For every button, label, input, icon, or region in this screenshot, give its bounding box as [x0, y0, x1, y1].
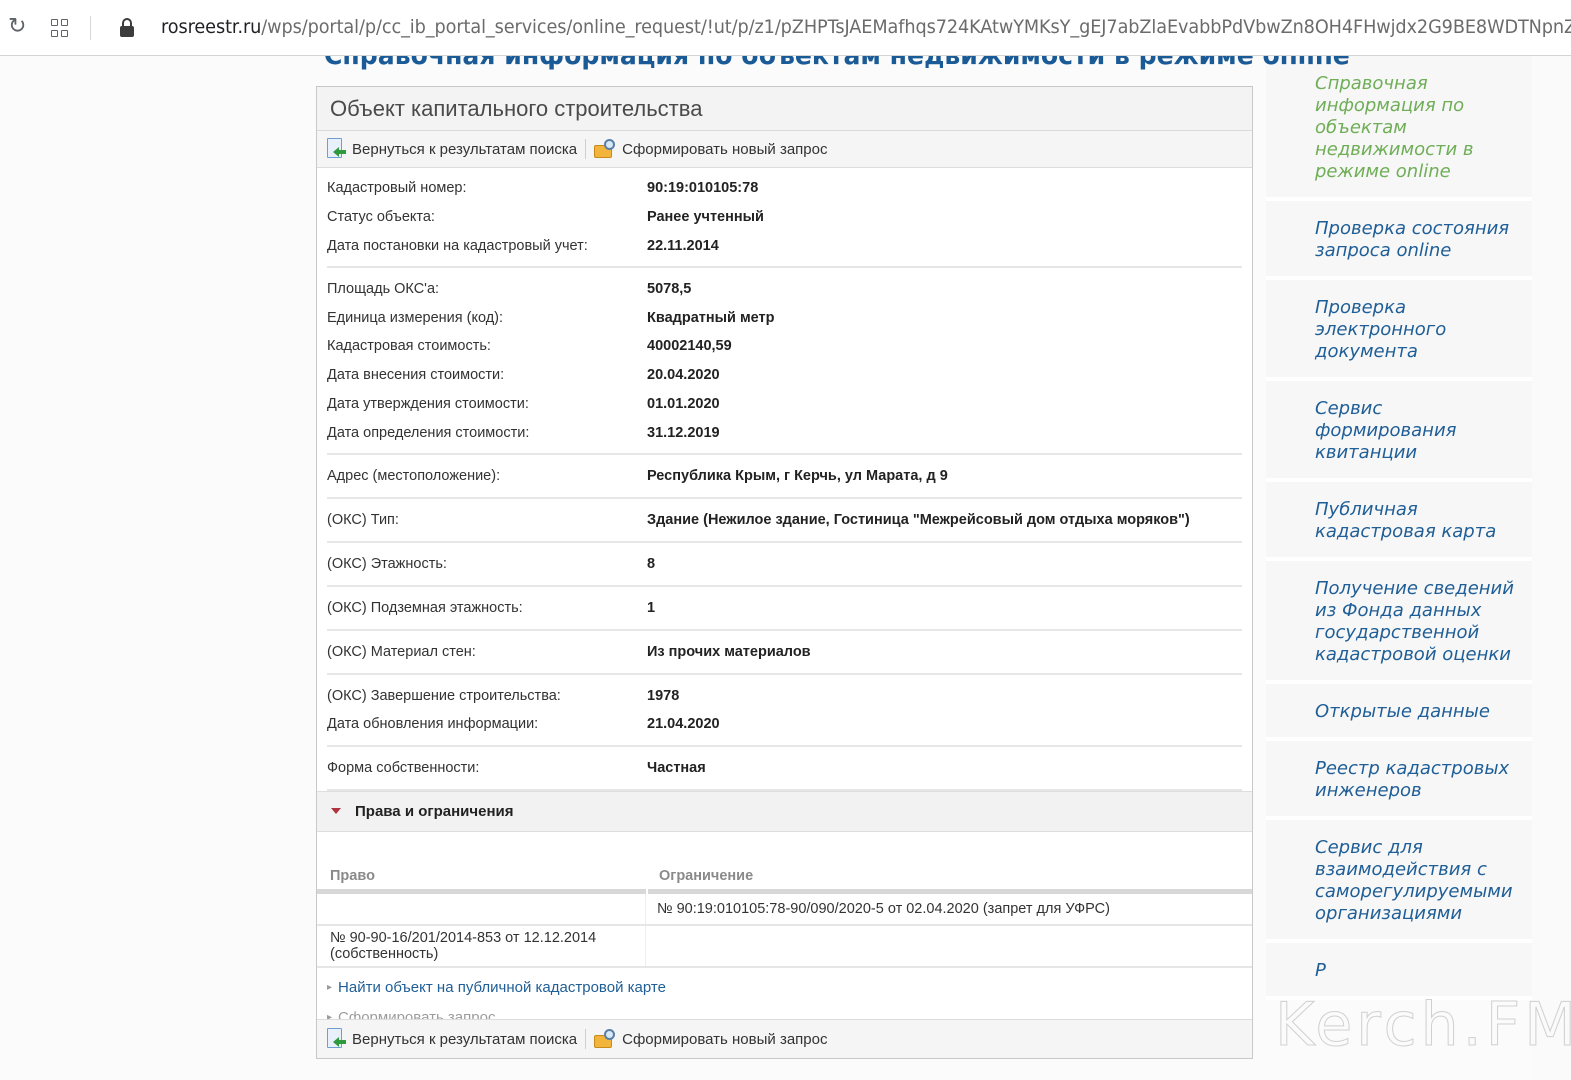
find-on-cadastral-map-link[interactable]: ▸Найти объект на публичной кадастровой к…: [327, 973, 1252, 1003]
detail-value: 8: [647, 556, 655, 572]
detail-group: (ОКС) Материал стен:Из прочих материалов: [327, 631, 1242, 675]
detail-label: Кадастровая стоимость:: [327, 338, 647, 354]
new-query-label: Сформировать новый запрос: [622, 1031, 827, 1048]
panel-title: Объект капитального строительства: [317, 87, 1252, 131]
detail-value: 5078,5: [647, 281, 691, 297]
detail-row: (ОКС) Материал стен:Из прочих материалов: [327, 637, 1242, 667]
chevron-right-icon: ▸: [327, 973, 332, 1003]
sidebar-item[interactable]: Сервис формирования квитанции: [1266, 381, 1532, 482]
collapse-triangle-icon: [331, 808, 341, 814]
sidebar-item[interactable]: Получение сведений из Фонда данных госуд…: [1266, 561, 1532, 684]
detail-group: Кадастровый номер:90:19:010105:78Статус …: [327, 168, 1242, 268]
restriction-cell: № 90:19:010105:78-90/090/2020-5 от 02.04…: [646, 894, 1252, 924]
detail-group: (ОКС) Подземная этажность:1: [327, 587, 1242, 631]
sidebar-item[interactable]: Справочная информация по объектам недвиж…: [1266, 56, 1532, 201]
property-details: Кадастровый номер:90:19:010105:78Статус …: [317, 168, 1252, 791]
sidebar-item[interactable]: Проверка состояния запроса online: [1266, 201, 1532, 280]
detail-label: Дата внесения стоимости:: [327, 367, 647, 383]
detail-row: Адрес (местоположение):Республика Крым, …: [327, 461, 1242, 491]
detail-label: Статус объекта:: [327, 209, 647, 225]
detail-row: Кадастровый номер:90:19:010105:78: [327, 174, 1242, 203]
detail-label: Единица измерения (код):: [327, 310, 647, 326]
detail-row: Единица измерения (код):Квадратный метр: [327, 303, 1242, 332]
back-to-results-label: Вернуться к результатам поиска: [352, 1031, 577, 1048]
lock-icon[interactable]: [120, 18, 134, 38]
toolbar-divider: [585, 1029, 586, 1049]
detail-row: Дата постановки на кадастровый учет:22.1…: [327, 232, 1242, 261]
browser-address-bar: ↻ rosreestr.ru/wps/portal/p/cc_ib_portal…: [0, 0, 1571, 56]
detail-group: Площадь ОКС'а:5078,5Единица измерения (к…: [327, 268, 1242, 455]
detail-row: Дата внесения стоимости:20.04.2020: [327, 361, 1242, 390]
detail-label: (ОКС) Этажность:: [327, 556, 647, 572]
right-cell: № 90-90-16/201/2014-853 от 12.12.2014 (с…: [317, 926, 646, 966]
url-host: rosreestr.ru: [161, 16, 261, 38]
detail-label: Площадь ОКС'а:: [327, 281, 647, 297]
url-field[interactable]: rosreestr.ru/wps/portal/p/cc_ib_portal_s…: [161, 16, 1571, 38]
detail-row: Статус объекта:Ранее учтенный: [327, 203, 1242, 232]
back-to-results-button-bottom[interactable]: Вернуться к результатам поиска: [326, 1028, 577, 1050]
detail-value: Ранее учтенный: [647, 209, 764, 225]
detail-value: 1978: [647, 688, 679, 704]
sidebar-item[interactable]: Проверка электронного документа: [1266, 280, 1532, 381]
apps-icon[interactable]: [51, 19, 69, 37]
detail-label: Кадастровый номер:: [327, 180, 647, 196]
detail-label: Дата обновления информации:: [327, 716, 647, 732]
detail-value: 31.12.2019: [647, 425, 720, 441]
toolbar-divider: [585, 139, 586, 159]
detail-value: 21.04.2020: [647, 716, 720, 732]
new-query-button-bottom[interactable]: Сформировать новый запрос: [594, 1028, 827, 1050]
detail-label: Адрес (местоположение):: [327, 468, 647, 484]
sidebar-item[interactable]: Открытые данные: [1266, 684, 1532, 741]
column-header-restriction: Ограничение: [648, 862, 1252, 894]
rights-section-toggle[interactable]: Права и ограничения: [317, 791, 1252, 832]
detail-label: (ОКС) Подземная этажность:: [327, 600, 647, 616]
page-background-strip: [1532, 56, 1571, 1080]
sidebar-item[interactable]: Публичная кадастровая карта: [1266, 482, 1532, 561]
rights-table: Право Ограничение № 90:19:010105:78-90/0…: [317, 862, 1252, 968]
restriction-cell: [646, 926, 1252, 966]
rights-table-row: № 90:19:010105:78-90/090/2020-5 от 02.04…: [317, 894, 1252, 926]
folder-search-icon: [594, 1028, 618, 1050]
detail-label: Форма собственности:: [327, 760, 647, 776]
detail-label: (ОКС) Завершение строительства:: [327, 688, 647, 704]
services-sidebar: Справочная информация по объектам недвиж…: [1266, 56, 1532, 1000]
bottom-toolbar: Вернуться к результатам поиска Сформиров…: [317, 1019, 1252, 1058]
column-header-right: Право: [317, 862, 646, 894]
detail-group: (ОКС) Тип:Здание (Нежилое здание, Гостин…: [327, 499, 1242, 543]
detail-group: (ОКС) Этажность:8: [327, 543, 1242, 587]
folder-search-icon: [594, 138, 618, 160]
watermark: Kerch.FM: [1275, 990, 1571, 1060]
sidebar-item[interactable]: Реестр кадастровых инженеров: [1266, 741, 1532, 820]
rights-table-row: № 90-90-16/201/2014-853 от 12.12.2014 (с…: [317, 926, 1252, 968]
new-query-label: Сформировать новый запрос: [622, 141, 827, 158]
back-to-results-button[interactable]: Вернуться к результатам поиска: [326, 138, 577, 160]
url-path: /wps/portal/p/cc_ib_portal_services/onli…: [261, 16, 1571, 38]
reload-icon[interactable]: ↻: [8, 15, 30, 39]
sidebar-item[interactable]: Сервис для взаимодействия с саморегулиру…: [1266, 820, 1532, 943]
top-toolbar: Вернуться к результатам поиска Сформиров…: [317, 131, 1252, 168]
detail-row: Площадь ОКС'а:5078,5: [327, 274, 1242, 303]
detail-row: (ОКС) Тип:Здание (Нежилое здание, Гостин…: [327, 505, 1242, 535]
detail-label: Дата утверждения стоимости:: [327, 396, 647, 412]
detail-row: (ОКС) Подземная этажность:1: [327, 593, 1242, 623]
detail-label: Дата постановки на кадастровый учет:: [327, 238, 647, 254]
back-to-results-label: Вернуться к результатам поиска: [352, 141, 577, 158]
detail-row: Кадастровая стоимость:40002140,59: [327, 332, 1242, 361]
back-document-icon: [326, 1028, 346, 1050]
detail-row: Форма собственности:Частная: [327, 753, 1242, 783]
detail-row: Дата обновления информации:21.04.2020: [327, 710, 1242, 739]
new-query-button[interactable]: Сформировать новый запрос: [594, 138, 827, 160]
detail-value: Из прочих материалов: [647, 644, 811, 660]
detail-value: Квадратный метр: [647, 310, 775, 326]
detail-group: Адрес (местоположение):Республика Крым, …: [327, 455, 1242, 499]
detail-value: Частная: [647, 760, 706, 776]
detail-row: Дата определения стоимости:31.12.2019: [327, 418, 1242, 447]
detail-row: (ОКС) Этажность:8: [327, 549, 1242, 579]
detail-value: 90:19:010105:78: [647, 180, 758, 196]
right-cell: [317, 894, 646, 924]
detail-row: Дата утверждения стоимости:01.01.2020: [327, 390, 1242, 419]
detail-label: (ОКС) Тип:: [327, 512, 647, 528]
sidebar-item[interactable]: Р: [1266, 943, 1532, 1000]
detail-group: Форма собственности:Частная: [327, 747, 1242, 791]
detail-value: 40002140,59: [647, 338, 732, 354]
detail-value: 1: [647, 600, 655, 616]
detail-value: 20.04.2020: [647, 367, 720, 383]
toolbar-divider: [90, 16, 91, 40]
detail-label: Дата определения стоимости:: [327, 425, 647, 441]
detail-value: 01.01.2020: [647, 396, 720, 412]
rights-section-title: Права и ограничения: [355, 803, 514, 820]
link-label: Найти объект на публичной кадастровой ка…: [338, 973, 666, 1003]
object-panel: Объект капитального строительства Вернут…: [316, 86, 1253, 1059]
detail-value: Здание (Нежилое здание, Гостиница "Межре…: [647, 512, 1190, 528]
detail-label: (ОКС) Материал стен:: [327, 644, 647, 660]
detail-value: 22.11.2014: [647, 238, 719, 254]
rights-table-header: Право Ограничение: [317, 862, 1252, 894]
detail-row: (ОКС) Завершение строительства:1978: [327, 681, 1242, 710]
back-document-icon: [326, 138, 346, 160]
detail-value: Республика Крым, г Керчь, ул Марата, д 9: [647, 468, 948, 484]
detail-group: (ОКС) Завершение строительства:1978Дата …: [327, 675, 1242, 747]
